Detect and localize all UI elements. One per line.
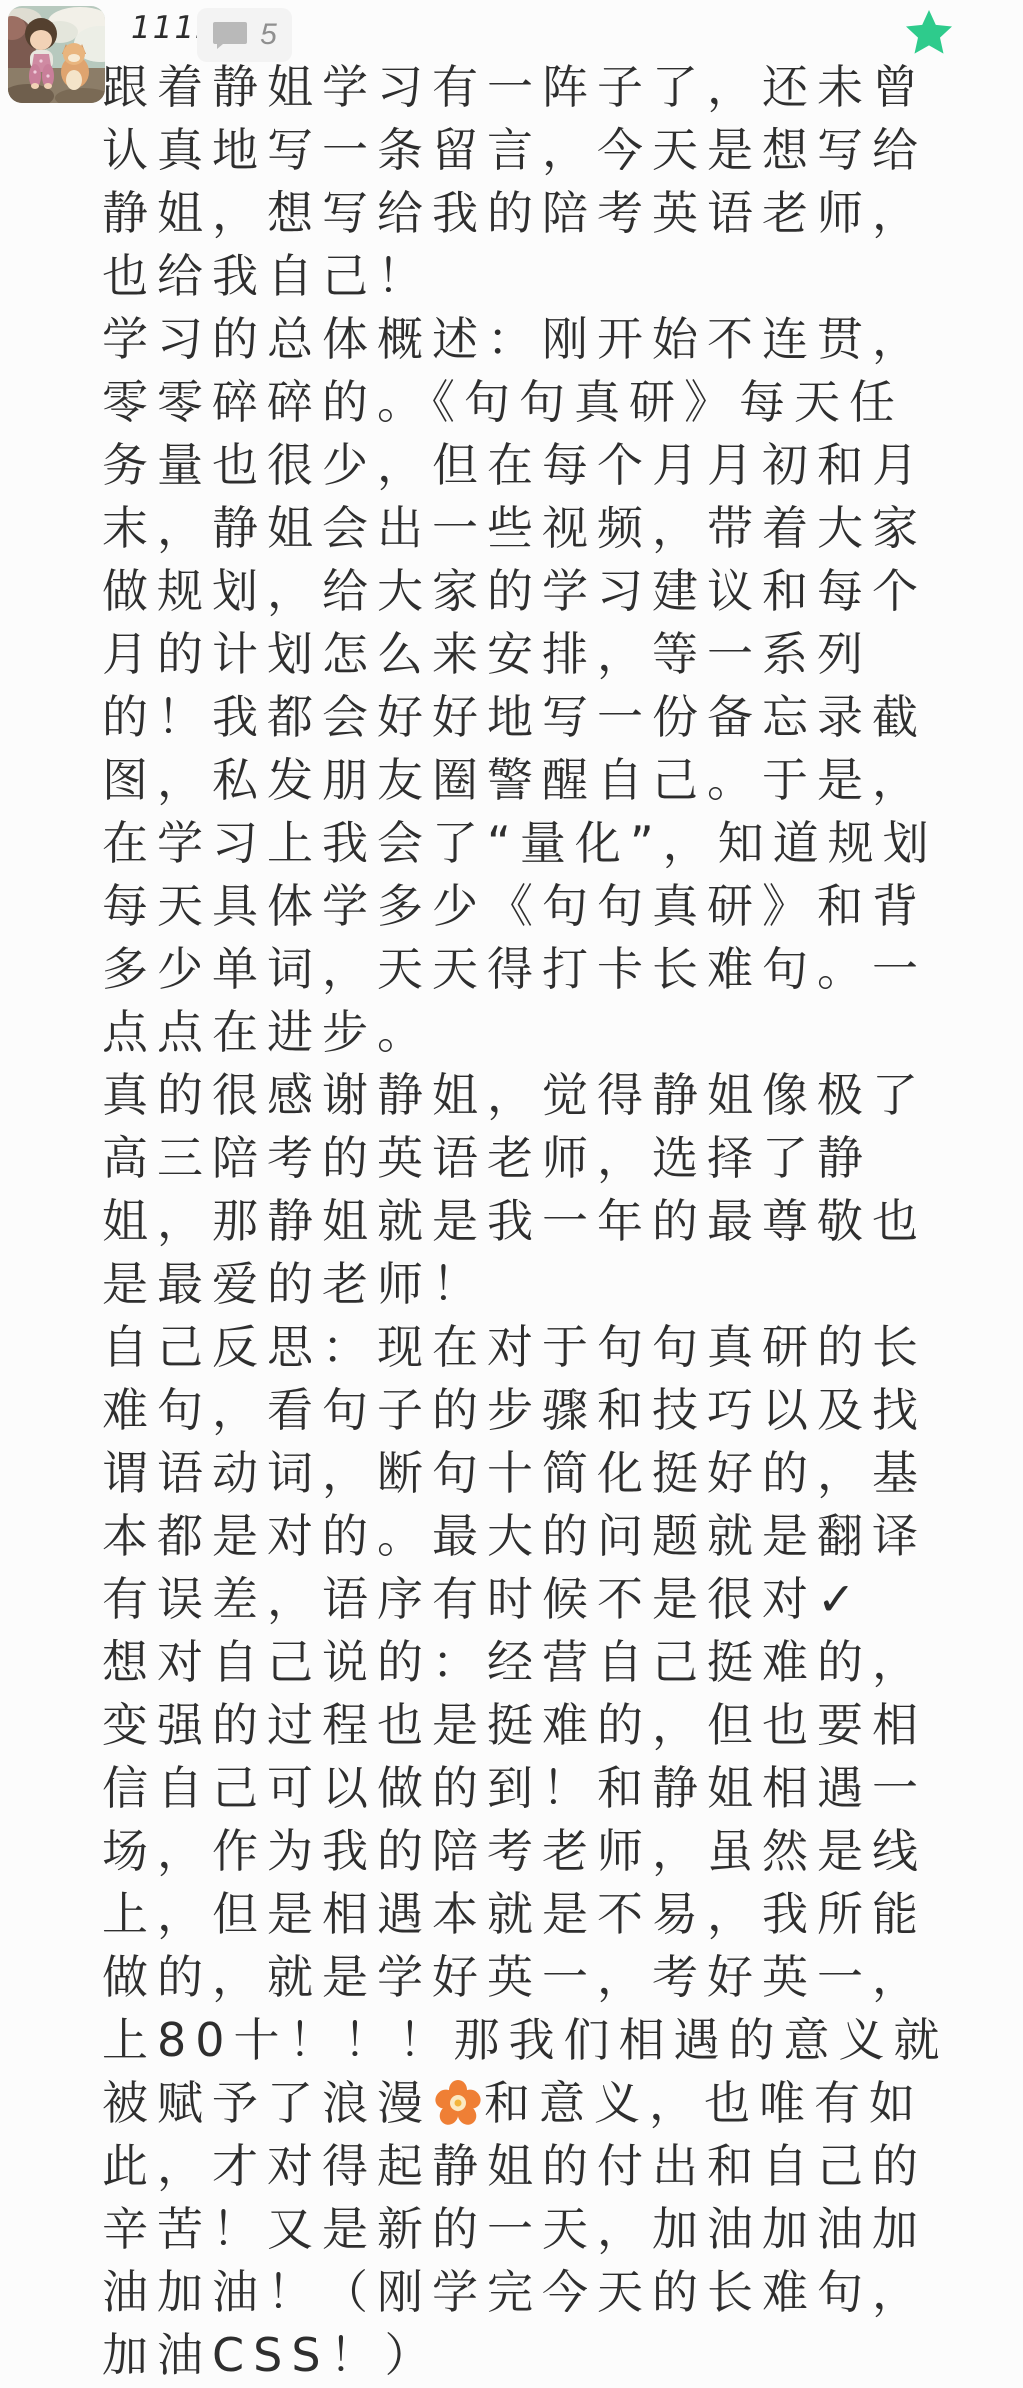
reply-count-button[interactable]: 5 xyxy=(197,8,292,62)
comment-paragraph: 学习的总体概述：刚开始不连贯，零零碎碎的。《句句真研》每天任务量也很少，但在每个… xyxy=(102,308,952,1064)
comment-paragraph: 真的很感谢静姐，觉得静姐像极了高三陪考的英语老师，选择了静姐，那静姐就是我一年的… xyxy=(102,1064,952,1316)
reply-count-label: 5 xyxy=(260,18,277,52)
avatar-illustration xyxy=(8,6,105,103)
comment-body: 跟着静姐学习有一阵子了，还未曾认真地写一条留言，今天是想写给静姐，想写给我的陪考… xyxy=(102,56,952,2387)
avatar[interactable] xyxy=(8,6,105,103)
favorite-star-icon[interactable] xyxy=(905,8,953,56)
comment-text-before-flower: 想对自己说的：经营自己挺难的，变强的过程也是挺难的，但也要相信自己可以做的到！和… xyxy=(102,1635,949,2130)
comment-paragraph: 自己反思：现在对于句句真研的长难句，看句子的步骤和技巧以及找谓语动词，断句十简化… xyxy=(102,1316,952,1631)
flower-emoji-icon xyxy=(434,2079,482,2127)
comment-card: 1112 5 跟着静姐学习有一阵子了，还未曾认真地写一条留言，今天是想写给静姐，… xyxy=(0,0,1023,2388)
comment-bubble-icon xyxy=(212,20,248,50)
comment-paragraph: 想对自己说的：经营自己挺难的，变强的过程也是挺难的，但也要相信自己可以做的到！和… xyxy=(102,1631,952,2387)
comment-paragraph: 跟着静姐学习有一阵子了，还未曾认真地写一条留言，今天是想写给静姐，想写给我的陪考… xyxy=(102,56,952,308)
